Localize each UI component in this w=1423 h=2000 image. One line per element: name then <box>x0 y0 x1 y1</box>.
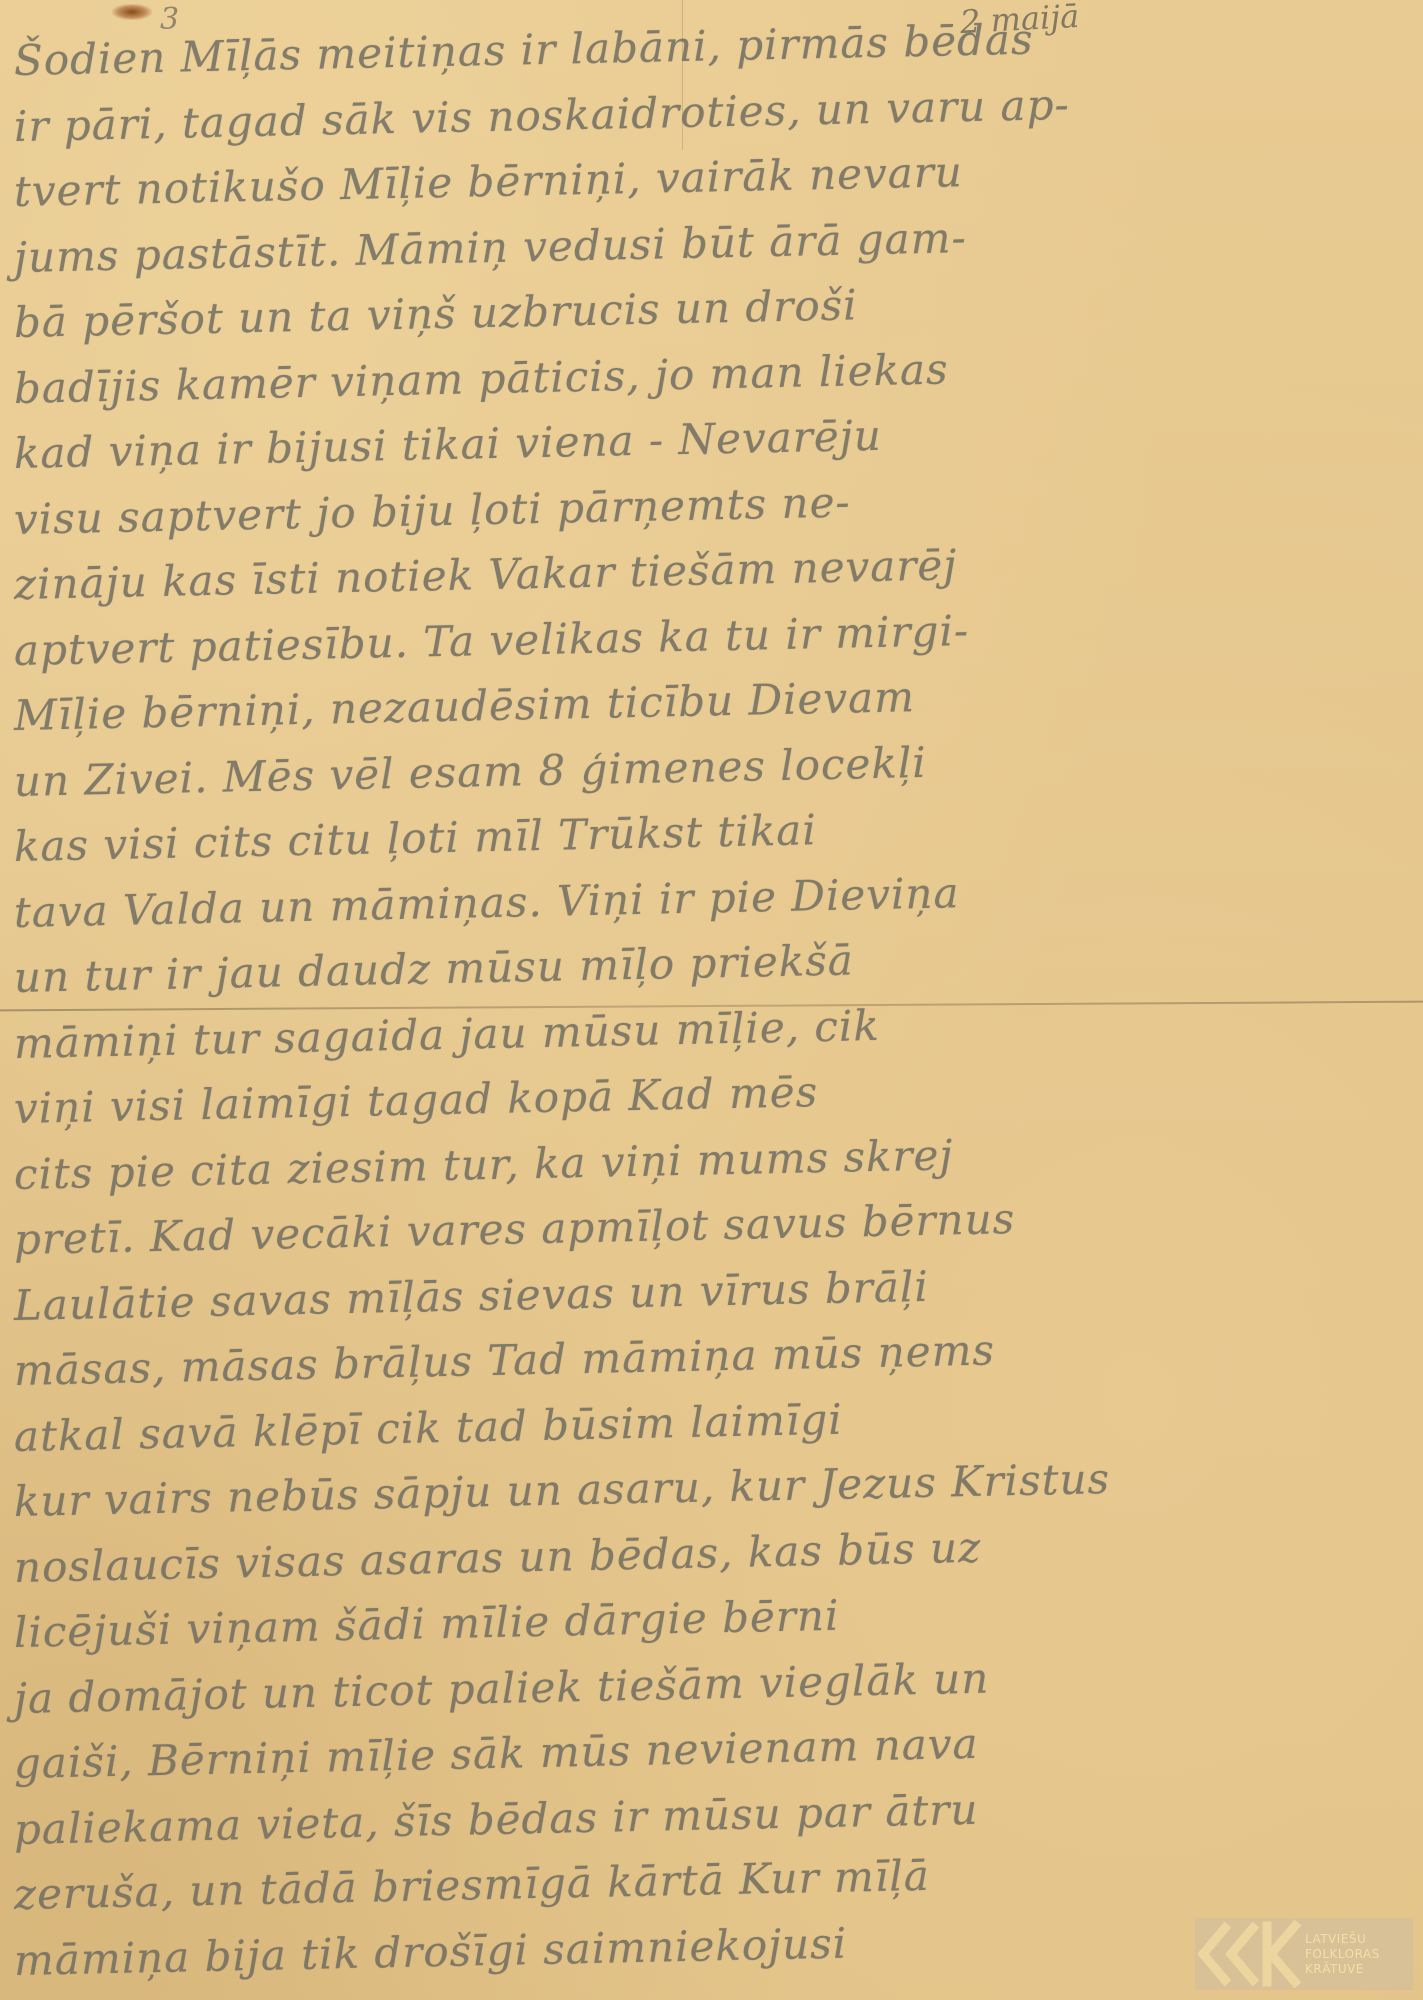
letter-paper: 3 2 maijā Šodien Mīļās meitiņas ir labān… <box>0 0 1423 2000</box>
lfk-watermark-logo: LATVIEŠU FOLKLORAS KRĀTUVE <box>1195 1918 1413 1990</box>
letter-body: Šodien Mīļās meitiņas ir labāni, pirmās … <box>14 28 1414 1993</box>
logo-line-2: FOLKLORAS <box>1305 1947 1380 1962</box>
logo-line-1: LATVIEŠU <box>1305 1932 1380 1947</box>
corner-stain <box>112 4 152 20</box>
lfk-logo-icon <box>1195 1918 1305 1990</box>
logo-line-3: KRĀTUVE <box>1305 1962 1380 1977</box>
lfk-logo-text: LATVIEŠU FOLKLORAS KRĀTUVE <box>1305 1932 1380 1977</box>
